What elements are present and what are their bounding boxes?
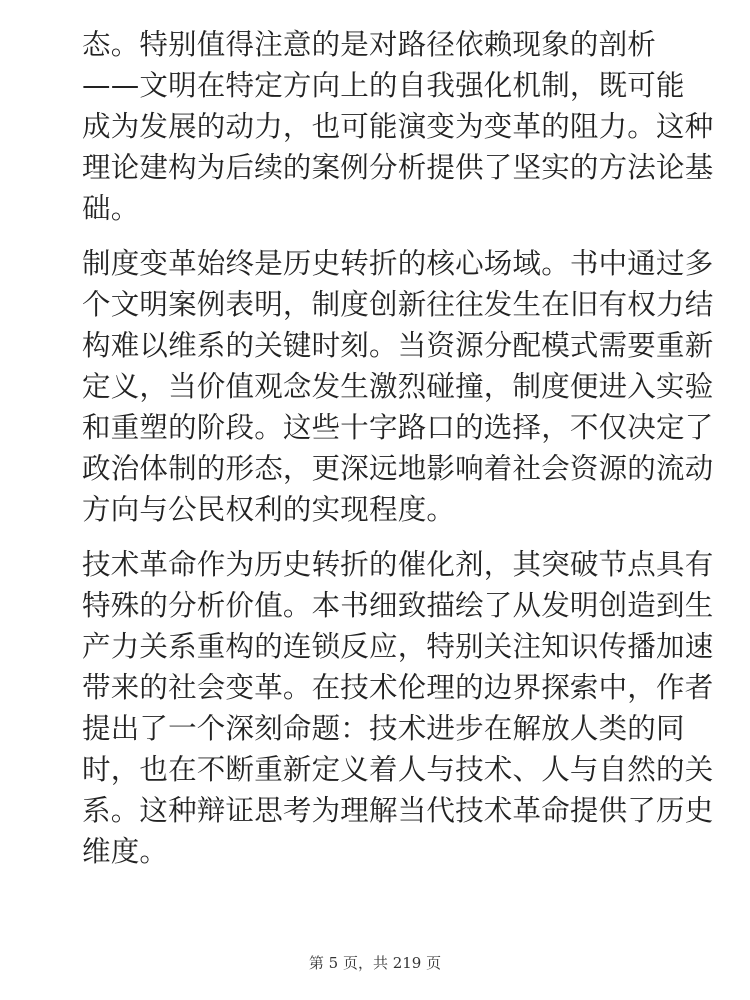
text-line: 个文明案例表明，制度创新往往发生在旧有权力结	[82, 284, 666, 325]
text-line: 技术革命作为历史转折的催化剂，其突破节点具有	[82, 544, 666, 585]
paragraph-institutional-change: 制度变革始终是历史转折的核心场域。书中通过多 个文明案例表明，制度创新往往发生在…	[82, 243, 666, 530]
text-line: 政治体制的形态，更深远地影响着社会资源的流动	[82, 448, 666, 489]
text-line: 态。特别值得注意的是对路径依赖现象的剖析	[82, 24, 666, 65]
text-line: 定义，当价值观念发生激烈碰撞，制度便进入实验	[82, 366, 666, 407]
text-line: 特殊的分析价值。本书细致描绘了从发明创造到生	[82, 585, 666, 626]
text-line: ——文明在特定方向上的自我强化机制，既可能	[82, 65, 666, 106]
page-number-footer: 第 5 页，共 219 页	[0, 952, 750, 973]
text-line: 理论建构为后续的案例分析提供了坚实的方法论基	[82, 147, 666, 188]
text-line: 维度。	[82, 831, 666, 872]
text-line: 构难以维系的关键时刻。当资源分配模式需要重新	[82, 325, 666, 366]
text-line: 系。这种辩证思考为理解当代技术革命提供了历史	[82, 790, 666, 831]
text-line: 成为发展的动力，也可能演变为变革的阻力。这种	[82, 106, 666, 147]
text-line: 时，也在不断重新定义着人与技术、人与自然的关	[82, 749, 666, 790]
paragraph-path-dependence: 态。特别值得注意的是对路径依赖现象的剖析 ——文明在特定方向上的自我强化机制，既…	[82, 24, 666, 229]
document-page: 态。特别值得注意的是对路径依赖现象的剖析 ——文明在特定方向上的自我强化机制，既…	[82, 24, 666, 886]
text-line: 制度变革始终是历史转折的核心场域。书中通过多	[82, 243, 666, 284]
paragraph-technological-revolution: 技术革命作为历史转折的催化剂，其突破节点具有 特殊的分析价值。本书细致描绘了从发…	[82, 544, 666, 872]
text-line: 础。	[82, 188, 666, 229]
text-line: 方向与公民权利的实现程度。	[82, 489, 666, 530]
text-line: 带来的社会变革。在技术伦理的边界探索中，作者	[82, 667, 666, 708]
text-line: 和重塑的阶段。这些十字路口的选择，不仅决定了	[82, 407, 666, 448]
text-line: 提出了一个深刻命题：技术进步在解放人类的同	[82, 708, 666, 749]
text-line: 产力关系重构的连锁反应，特别关注知识传播加速	[82, 626, 666, 667]
